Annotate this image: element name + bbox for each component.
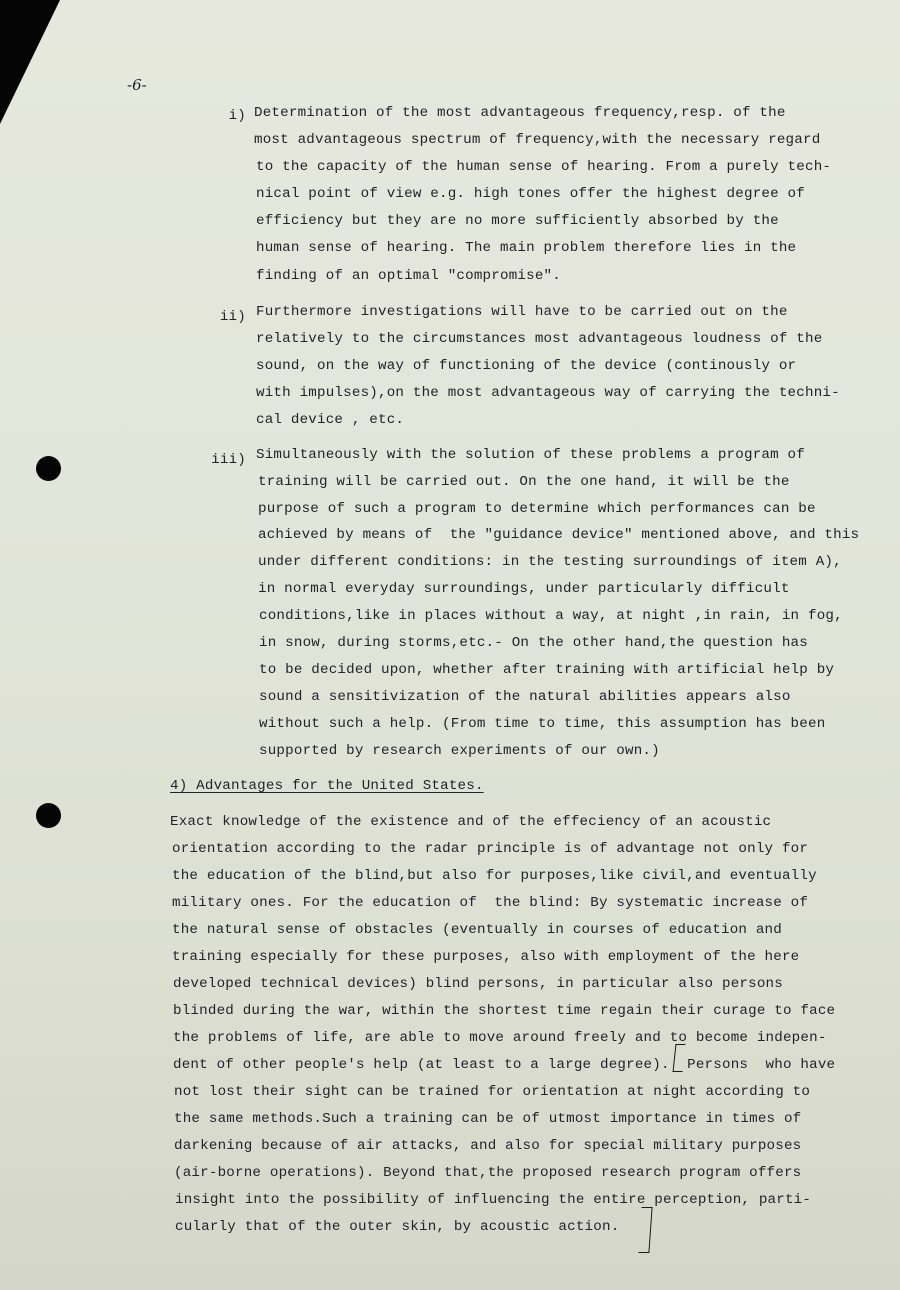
text-line: cularly that of the outer skin, by acous…: [175, 1219, 619, 1235]
text-line: with impulses),on the most advantageous …: [256, 385, 840, 401]
text-line: insight into the possibility of influenc…: [175, 1192, 811, 1208]
text-line: the same methods.Such a training can be …: [174, 1111, 801, 1127]
text-line: finding of an optimal "compromise".: [256, 268, 561, 284]
text-line: supported by research experiments of our…: [259, 743, 660, 759]
scan-background-corner: [0, 0, 60, 124]
text-line: conditions,like in places without a way,…: [259, 608, 843, 624]
text-line: achieved by means of the "guidance devic…: [258, 527, 859, 543]
text-line: sound a sensitivization of the natural a…: [259, 689, 791, 705]
list-label: iii): [196, 452, 246, 468]
text-line: military ones. For the education of the …: [172, 895, 808, 911]
text-line: in snow, during storms,etc.- On the othe…: [259, 635, 808, 651]
text-line: without such a help. (From time to time,…: [259, 716, 825, 732]
text-line: efficiency but they are no more sufficie…: [256, 213, 779, 229]
text-line: most advantageous spectrum of frequency,…: [254, 132, 820, 148]
page-number: -6-: [127, 76, 147, 94]
punch-hole-top: [36, 456, 61, 481]
text-line: darkening because of air attacks, and al…: [174, 1138, 801, 1154]
list-label: ii): [196, 309, 246, 325]
text-line: sound, on the way of functioning of the …: [256, 358, 796, 374]
punch-hole-bottom: [36, 803, 61, 828]
text-line: purpose of such a program to determine w…: [258, 501, 816, 517]
text-line: developed technical devices) blind perso…: [173, 976, 783, 992]
text-line: cal device , etc.: [256, 412, 404, 428]
text-line: in normal everyday surroundings, under p…: [258, 581, 790, 597]
text-line: not lost their sight can be trained for …: [174, 1084, 810, 1100]
text-line: Exact knowledge of the existence and of …: [170, 814, 771, 830]
text-line: Simultaneously with the solution of thes…: [256, 447, 805, 463]
text-line: under different conditions: in the testi…: [258, 554, 842, 570]
text-line: Determination of the most advantageous f…: [254, 105, 786, 121]
text-line: the education of the blind,but also for …: [172, 868, 817, 884]
text-line: human sense of hearing. The main problem…: [256, 240, 796, 256]
text-line: orientation according to the radar princ…: [172, 841, 808, 857]
text-line: relatively to the circumstances most adv…: [256, 331, 822, 347]
text-line: the problems of life, are able to move a…: [173, 1030, 827, 1046]
text-line: dent of other people's help (at least to…: [173, 1057, 835, 1073]
text-line: training will be carried out. On the one…: [258, 474, 790, 490]
list-label: i): [196, 108, 246, 124]
handwritten-bracket-close-mark: [638, 1207, 652, 1253]
text-line: training especially for these purposes, …: [172, 949, 799, 965]
text-line: to be decided upon, whether after traini…: [259, 662, 834, 678]
text-line: the natural sense of obstacles (eventual…: [172, 922, 782, 938]
text-line: (air-borne operations). Beyond that,the …: [174, 1165, 801, 1181]
section-heading: 4) Advantages for the United States.: [170, 778, 484, 794]
text-line: blinded during the war, within the short…: [173, 1003, 835, 1019]
text-line: to the capacity of the human sense of he…: [256, 159, 831, 175]
text-line: Furthermore investigations will have to …: [256, 304, 788, 320]
text-line: nical point of view e.g. high tones offe…: [256, 186, 805, 202]
document-page: -6- i) Determination of the most advanta…: [0, 0, 900, 1290]
